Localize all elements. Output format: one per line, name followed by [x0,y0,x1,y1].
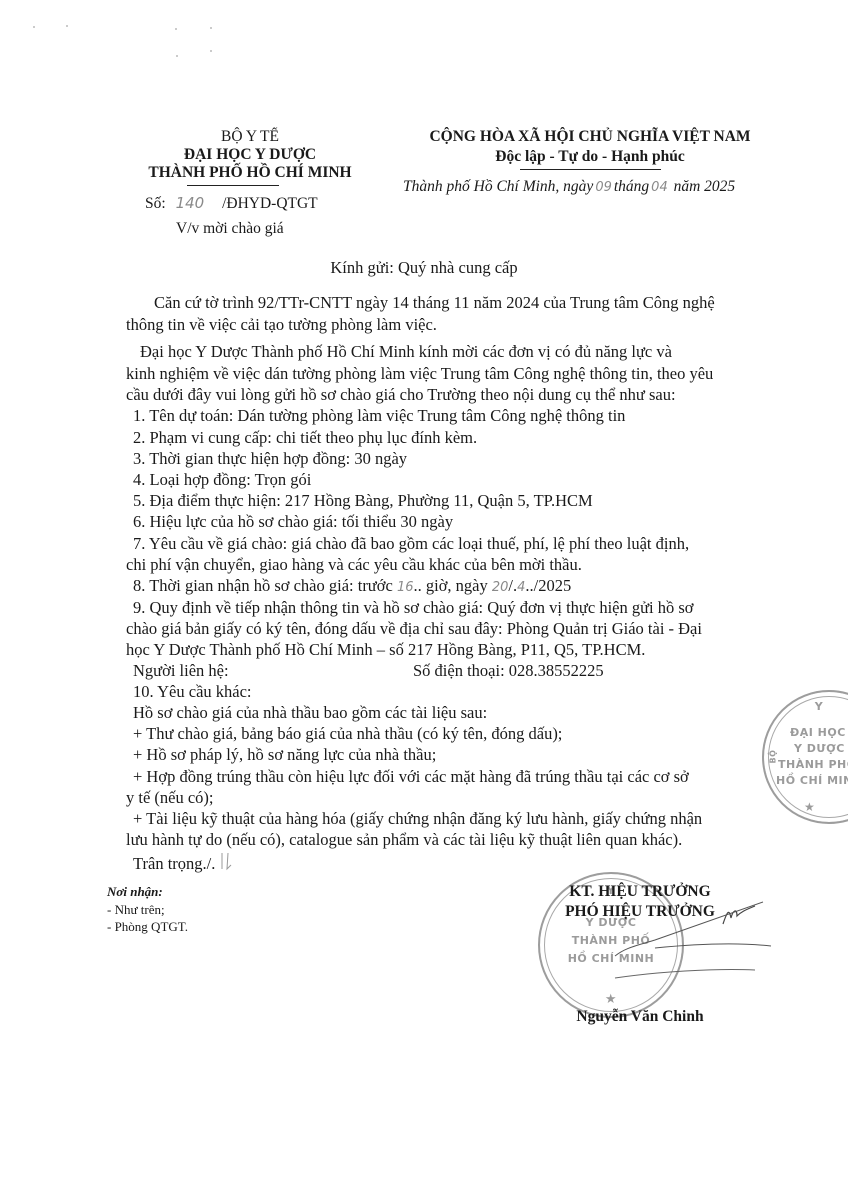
item-10-intro: Hồ sơ chào giá của nhà thầu bao gồm các … [133,703,487,723]
handwritten-number: 140 [176,194,205,212]
list-item: 1. Tên dự toán: Dán tường phòng làm việc… [133,406,625,426]
paragraph-2-line-3: cầu dưới đây vui lòng gửi hồ sơ chào giá… [126,385,676,405]
handwritten-signature-icon [595,888,775,998]
required-document-4-line-2: lưu hành tự do (nếu có), catalogue sản p… [126,830,682,850]
scan-speck [176,55,178,57]
number-label: Số: [145,195,166,212]
required-document-3-line-2: y tế (nếu có); [126,788,214,808]
handwritten-month: 04 [651,180,668,195]
scan-speck [33,26,35,28]
document-subject: V/v mời chào giá [176,220,284,238]
handwritten-day: 20 [492,580,509,595]
document-number: Số: 140 /ĐHYD-QTGT [145,194,318,213]
handwritten-hour: 16 [397,580,414,595]
date-separator: /. [508,576,517,595]
recipient-item: - Phòng QTGT. [107,919,188,935]
country-name: CỘNG HÒA XÃ HỘI CHỦ NGHĨA VIỆT NAM [395,128,785,146]
paragraph-2-line-1: Đại học Y Dược Thành phố Hồ Chí Minh kín… [140,342,672,362]
item-7-line-2: chi phí vận chuyển, giao hàng và các yêu… [126,555,582,575]
deadline-prefix: 8. Thời gian nhận hồ sơ chào giá: trước [133,576,393,595]
university-name-line1: ĐẠI HỌC Y DƯỢC [130,146,370,164]
star-icon: ★ [804,800,815,814]
national-motto: Độc lập - Tự do - Hạnh phúc [395,148,785,166]
item-7-line-1: 7. Yêu cầu về giá chào: giá chào đã bao … [133,534,689,554]
required-document: + Hồ sơ pháp lý, hồ sơ năng lực của nhà … [133,745,436,765]
required-document: + Thư chào giá, bảng báo giá của nhà thầ… [133,724,562,744]
item-10-title: 10. Yêu cầu khác: [133,682,252,702]
stamp-line: HỒ CHÍ MINH [776,774,848,787]
partial-stamp-right-edge: Y ĐẠI HỌC Y DƯỢC THÀNH PHỐ HỒ CHÍ MINH B… [762,690,848,824]
contact-phone: Số điện thoại: 028.38552225 [413,661,604,681]
required-document-3-line-1: + Hợp đồng trúng thầu còn hiệu lực đối v… [133,767,689,787]
paragraph-1-line-2: thông tin về việc cải tạo tường phòng là… [126,315,437,335]
salutation: Kính gửi: Quý nhà cung cấp [0,258,848,278]
scan-speck [66,25,68,27]
closing-text: Trân trọng./. [133,854,215,873]
stamp-top-text: Y [754,700,848,713]
date-month-label: tháng [614,178,649,195]
number-suffix: /ĐHYD-QTGT [222,195,318,212]
stamp-line: THÀNH PHỐ [778,758,848,771]
item-9-line-3: học Y Dược Thành phố Hồ Chí Minh – số 21… [126,640,645,660]
deadline-hour-suffix: .. giờ, ngày [413,576,487,595]
handwritten-day: 09 [595,180,612,195]
list-item: 6. Hiệu lực của hồ sơ chào giá: tối thiể… [133,512,453,532]
item-8-deadline: 8. Thời gian nhận hồ sơ chào giá: trước … [133,576,571,596]
scan-speck [210,27,212,29]
list-item: 3. Thời gian thực hiện hợp đồng: 30 ngày [133,449,407,469]
item-9-line-2: chào giá bản giấy có ký tên, đóng dấu về… [126,619,702,639]
paragraph-1-line-1: Căn cứ tờ trình 92/TTr-CNTT ngày 14 thán… [154,293,715,313]
list-item: 2. Phạm vi cung cấp: chi tiết theo phụ l… [133,428,477,448]
deadline-year: ../2025 [525,576,571,595]
scan-speck [210,50,212,52]
contact-person-label: Người liên hệ: [133,661,229,681]
ministry-name: BỘ Y TẾ [130,128,370,146]
stamp-line: Y DƯỢC [794,742,848,755]
stamp-line: ĐẠI HỌC [790,726,848,739]
initials-mark-icon [219,851,233,873]
signer-name: Nguyễn Văn Chinh [520,1008,760,1026]
header-right-underline [520,169,661,170]
header-left-underline [187,185,279,186]
university-name-line2: THÀNH PHỐ HỒ CHÍ MINH [110,164,390,182]
document-date: Thành phố Hồ Chí Minh, ngày09tháng04 năm… [403,178,735,196]
list-item: 4. Loại hợp đồng: Trọn gói [133,470,311,490]
required-document-4-line-1: + Tài liệu kỹ thuật của hàng hóa (giấy c… [133,809,702,829]
date-year: năm 2025 [674,178,736,195]
recipients-title: Nơi nhận: [107,884,163,900]
scan-speck [175,28,177,30]
recipient-item: - Như trên; [107,902,165,918]
closing: Trân trọng./. [133,851,233,874]
stamp-side-text: BỘ [768,750,777,764]
list-item: 5. Địa điểm thực hiện: 217 Hồng Bàng, Ph… [133,491,593,511]
item-9-line-1: 9. Quy định về tiếp nhận thông tin và hồ… [133,598,694,618]
paragraph-2-line-2: kinh nghiệm về việc dán tường phòng làm … [126,364,713,384]
date-prefix: Thành phố Hồ Chí Minh, ngày [403,178,593,195]
